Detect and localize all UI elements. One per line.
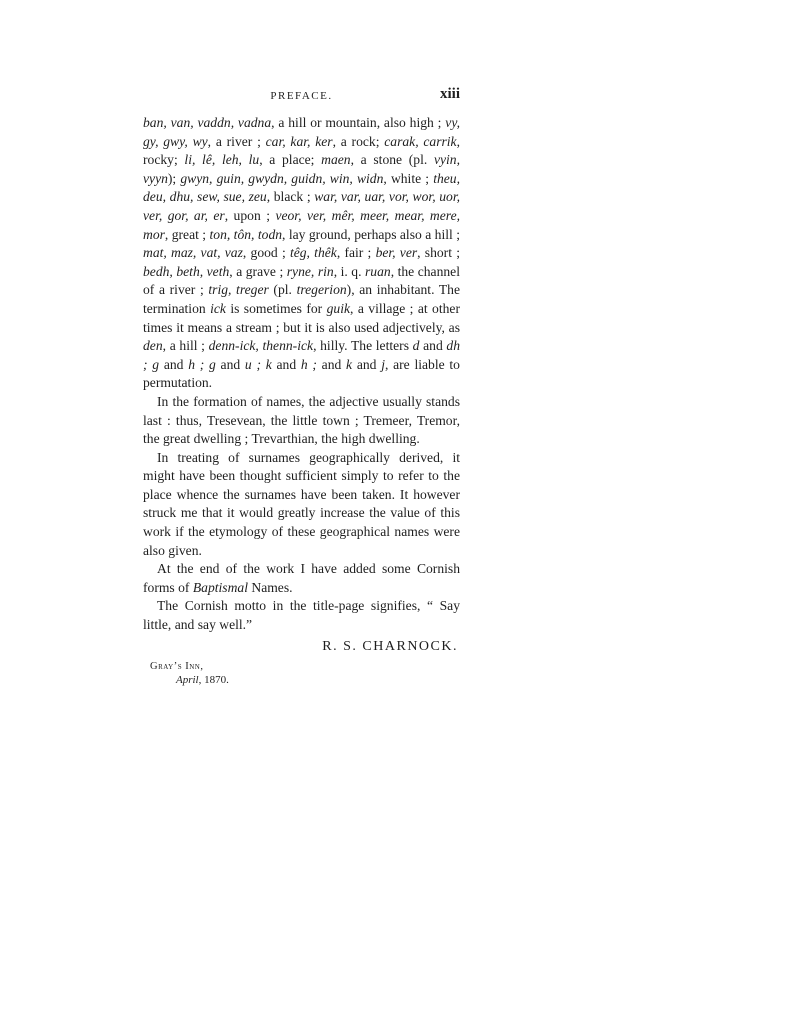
running-head: PREFACE. xiii xyxy=(143,86,460,106)
date-month: April xyxy=(176,674,199,686)
preface-body: ban, van, vaddn, vadna, a hill or mounta… xyxy=(143,114,460,635)
paragraph-surnames: In treating of surnames geographically d… xyxy=(143,449,460,561)
paragraph-baptismal: At the end of the work I have added some… xyxy=(143,560,460,597)
paragraph-motto: The Cornish motto in the title-page sign… xyxy=(143,597,460,634)
signature-place: Gray’s Inn, xyxy=(150,661,460,672)
book-page: PREFACE. xiii ban, van, vaddn, vadna, a … xyxy=(143,86,460,686)
date-year: , 1870. xyxy=(199,674,229,686)
author-signature: R. S. CHARNOCK. xyxy=(143,639,460,655)
paragraph-formation: In the formation of names, the adjective… xyxy=(143,393,460,449)
page-number: xiii xyxy=(440,86,460,103)
paragraph-continuation: ban, van, vaddn, vadna, a hill or mounta… xyxy=(143,114,460,393)
signature-date: April, 1870. xyxy=(176,674,460,686)
running-title: PREFACE. xyxy=(143,90,460,102)
